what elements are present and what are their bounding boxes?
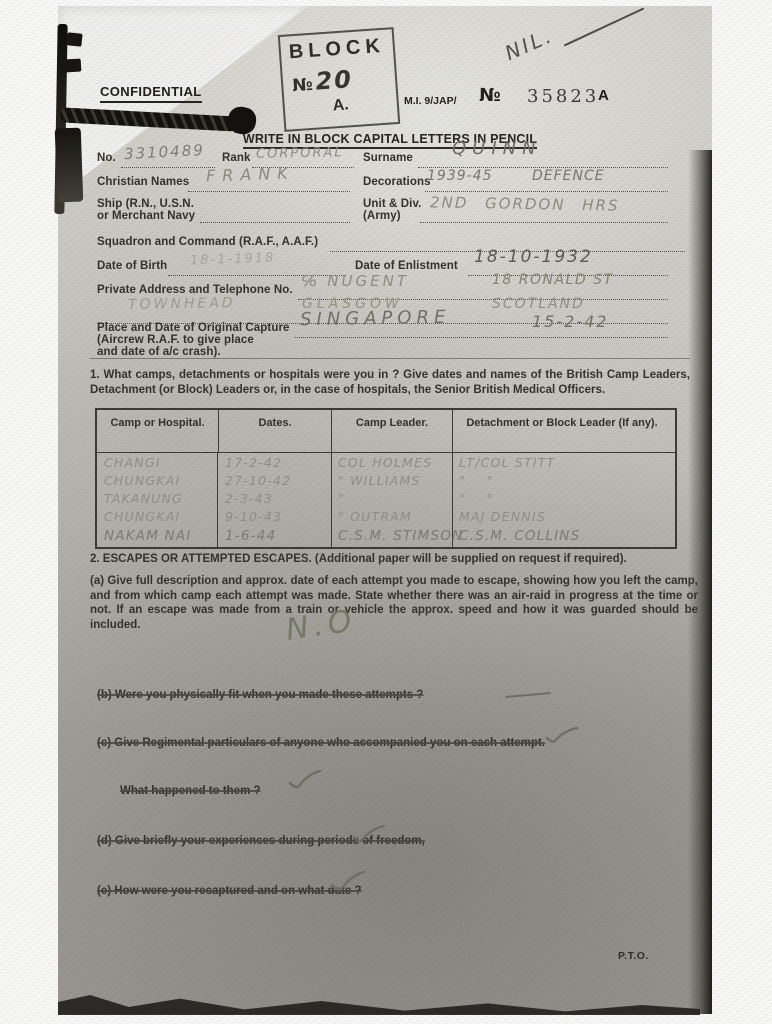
field-dob-value: 18-1-1918 — [190, 251, 276, 269]
binding-shadow — [55, 128, 84, 203]
binding-mark — [66, 32, 82, 46]
confidential-marking: CONFIDENTIAL — [100, 84, 202, 103]
camp-table-header-row: Camp or Hospital. Dates. Camp Leader. De… — [97, 410, 675, 453]
cell-dates: 1-6-44 — [218, 528, 331, 544]
field-address-care-of: ℅ NUGENT — [302, 272, 409, 290]
field-unit-label-line2: (Army) — [363, 210, 401, 222]
field-enlistment-label: Date of Enlistment — [355, 260, 458, 272]
stamp-block-word: BLOCK — [280, 34, 393, 65]
cell-detachment: LT/COL STITT — [452, 455, 671, 470]
field-squadron-label: Squadron and Command (R.A.F., A.A.F.) — [97, 236, 318, 248]
cell-dates: 17-2-42 — [218, 455, 331, 470]
cell-detachment: " " — [452, 473, 671, 488]
table-row: CHUNGKAI 27-10-42 " WILLIAMS " " — [97, 473, 675, 488]
cell-leader: C.S.M. STIMSON — [331, 528, 452, 544]
cell-leader: " WILLIAMS — [331, 473, 452, 488]
question-2a-text: (a) Give full description and approx. da… — [90, 574, 698, 632]
mi9-no-symbol: № — [479, 85, 501, 106]
cell-dates: 27-10-42 — [218, 473, 331, 488]
field-christian-names-label: Christian Names — [97, 176, 189, 188]
field-capture-label-line3: and date of a/c crash). — [97, 346, 221, 358]
field-ship-label-line1: Ship (R.N., U.S.N. — [97, 198, 194, 210]
field-address-label: Private Address and Telephone No. — [97, 284, 293, 296]
question-1-text: 1. What camps, detachments or hospitals … — [90, 368, 690, 397]
table-row: TAKANUNG 2-3-43 " " " — [97, 491, 675, 506]
stamp-no-symbol: № — [292, 75, 314, 96]
field-ship-label-line2: or Merchant Navy — [97, 210, 195, 222]
scanned-document: CONFIDENTIAL BLOCK №20 A. M.I. 9/JAP/ № … — [0, 0, 772, 1024]
col-header-camp: Camp or Hospital. — [97, 410, 218, 452]
page-turn-over-note: P.T.O. — [618, 950, 649, 962]
field-no-label: No. — [97, 152, 116, 164]
field-ship-line — [200, 206, 350, 223]
stamp-number-line: №20 — [291, 65, 354, 97]
question-2e-text: (e) How were you recaptured and on what … — [97, 884, 657, 899]
field-decorations-label: Decorations — [363, 176, 431, 188]
col-header-dates: Dates. — [218, 410, 331, 452]
field-capture-date: 15-2-42 — [532, 312, 608, 331]
cell-leader: " — [331, 491, 452, 506]
cell-detachment: " " — [452, 491, 671, 506]
field-christian-names-value: FRANK — [206, 163, 295, 185]
cell-camp: NAKAM NAI — [97, 528, 218, 544]
cell-leader: COL HOLMES — [331, 455, 452, 470]
section-divider-rule — [90, 358, 690, 359]
table-row: CHANGI 17-2-42 COL HOLMES LT/COL STITT — [97, 455, 675, 470]
col-header-detachment: Detachment or Block Leader (If any). — [452, 410, 671, 452]
field-rank-value: CORPORAL — [256, 145, 344, 162]
field-address-town: TOWNHEAD — [128, 295, 236, 313]
field-capture-label-line2: (Aircrew R.A.F. to give place — [97, 334, 254, 346]
cell-dates: 2-3-43 — [218, 491, 331, 506]
col-header-leader: Camp Leader. — [331, 410, 452, 452]
field-unit-label-line1: Unit & Div. — [363, 198, 421, 210]
stamp-block-number-handwritten: 20 — [315, 65, 354, 96]
cell-leader: " OUTRAM — [331, 509, 452, 524]
serial-number-stamp: 35823 — [527, 86, 599, 107]
camp-history-table: Camp or Hospital. Dates. Camp Leader. De… — [95, 408, 677, 549]
mi9-reference: M.I. 9/JAP/ — [404, 95, 457, 107]
table-row: CHUNGKAI 9-10-43 " OUTRAM MAJ DENNIS — [97, 509, 675, 524]
table-row: NAKAM NAI 1-6-44 C.S.M. STIMSON C.S.M. C… — [97, 528, 675, 544]
cell-detachment: C.S.M. COLLINS — [452, 528, 671, 544]
cell-camp: CHUNGKAI — [97, 509, 218, 524]
field-address-street: 18 RONALD ST — [492, 272, 614, 288]
cell-camp: CHANGI — [97, 455, 218, 470]
block-number-stamp: BLOCK №20 A. — [278, 27, 400, 132]
field-capture-label-line1: Place and Date of Original Capture — [97, 322, 290, 334]
question-2c-followup-text: What happened to them ? — [120, 784, 420, 799]
field-dob-label: Date of Birth — [97, 260, 167, 272]
stamp-block-letter: A. — [284, 93, 397, 119]
cell-detachment: MAJ DENNIS — [452, 509, 671, 524]
field-surname-value: QUINN — [452, 138, 542, 159]
field-capture-place: SINGAPORE — [300, 307, 451, 331]
serial-suffix: A — [598, 87, 609, 104]
cell-dates: 9-10-43 — [218, 509, 331, 524]
question-2b-text: (b) Were you physically fit when you mad… — [97, 688, 657, 703]
pencil-tick-mark — [352, 824, 386, 846]
pencil-tick-mark — [545, 726, 579, 746]
field-decorations-value: 1939-45 DEFENCE — [427, 168, 605, 184]
pencil-tick-mark — [288, 768, 322, 792]
field-enlistment-value: 18-10-1932 — [474, 247, 593, 267]
field-rank-label: Rank — [222, 152, 251, 164]
question-2-heading: 2. ESCAPES OR ATTEMPTED ESCAPES. (Additi… — [90, 552, 698, 567]
camp-table-body: CHANGI 17-2-42 COL HOLMES LT/COL STITT C… — [97, 453, 675, 547]
cell-camp: TAKANUNG — [97, 491, 218, 506]
field-address-country: SCOTLAND — [492, 296, 585, 312]
field-surname-label: Surname — [363, 152, 413, 164]
binding-mark — [64, 59, 82, 73]
pencil-tick-mark — [330, 870, 366, 894]
cell-camp: CHUNGKAI — [97, 473, 218, 488]
field-unit-value: 2ND GORDON HRS — [430, 193, 620, 214]
